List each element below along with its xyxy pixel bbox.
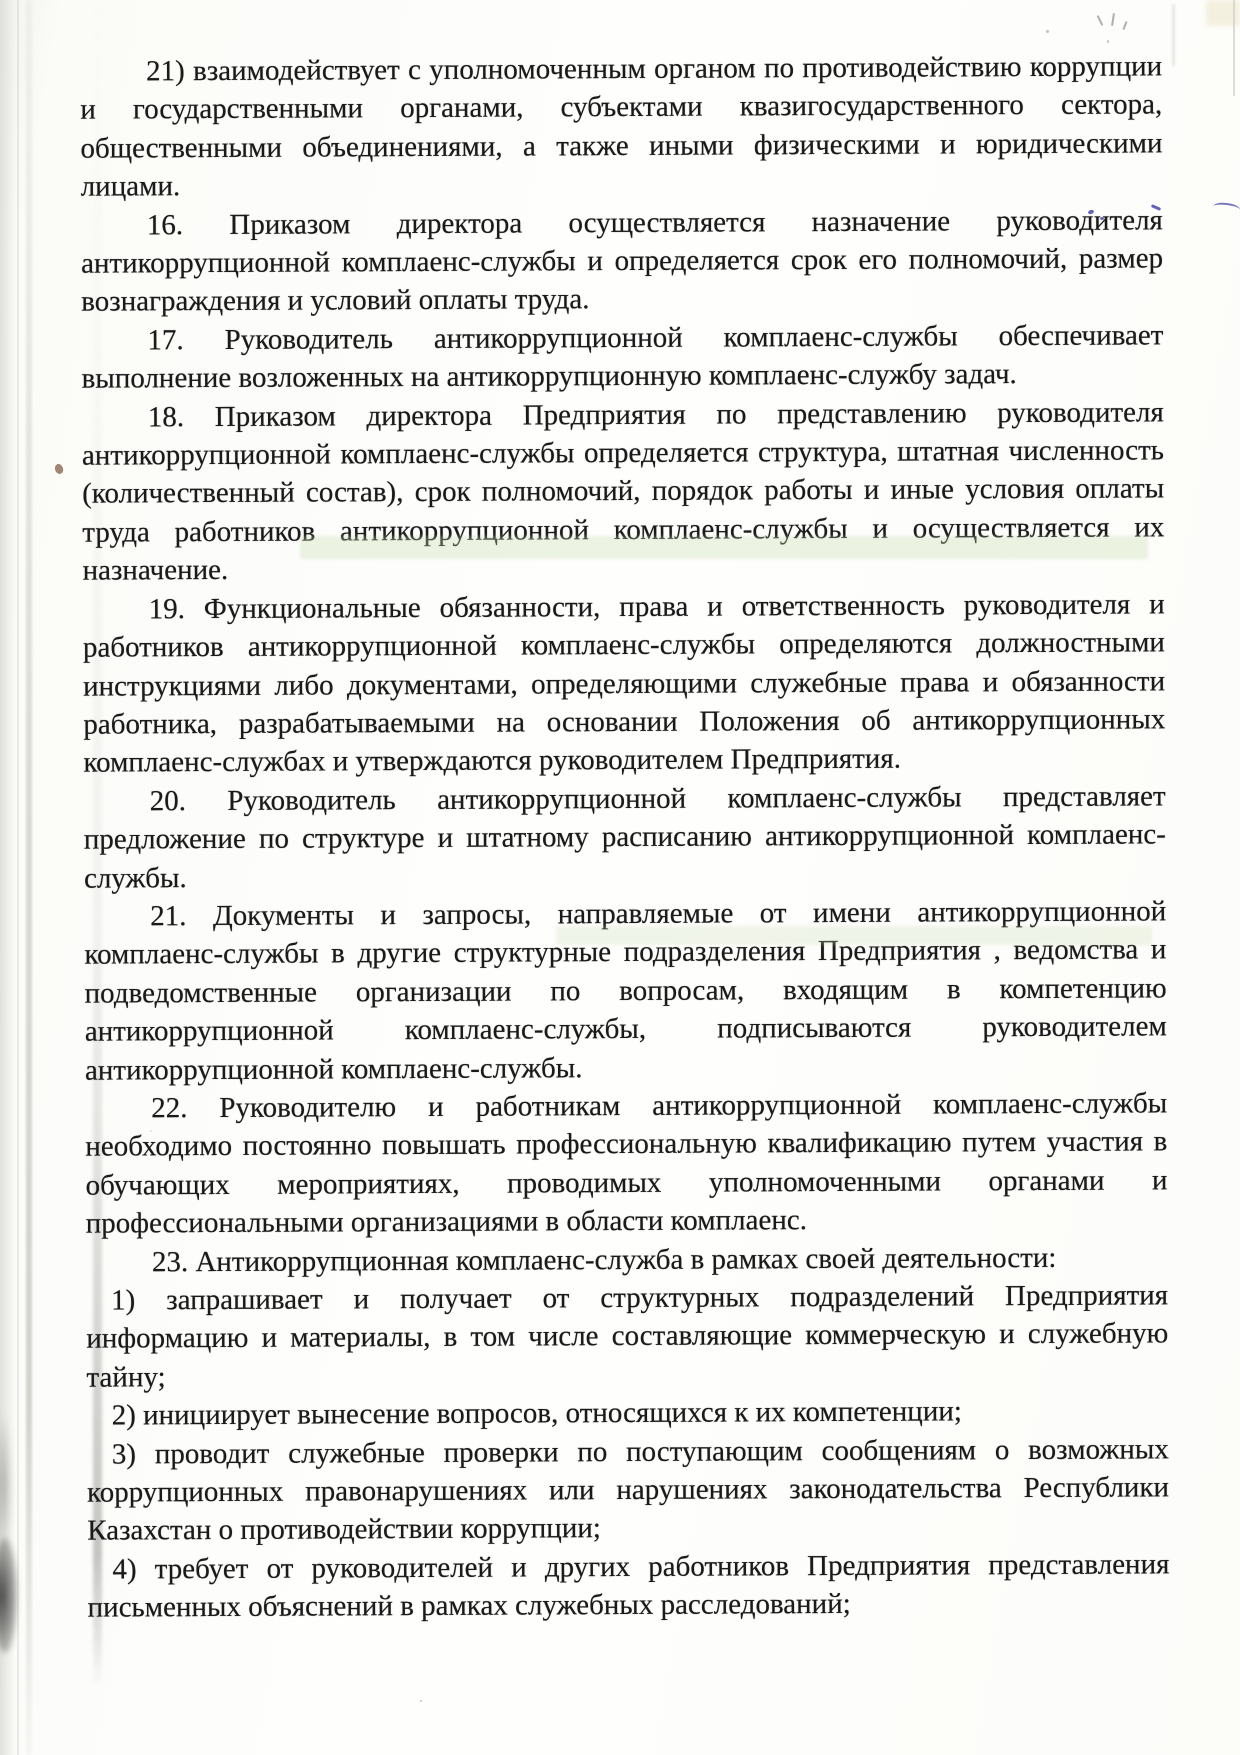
paragraph-20: 20. Руководитель антикоррупционной компл… xyxy=(84,777,1167,898)
pencil-mark xyxy=(1107,40,1109,43)
paper-fleck xyxy=(53,463,65,476)
paragraph-19: 19. Функциональные обязанности, права и … xyxy=(83,585,1166,782)
subitem-2: 2) инициирует вынесение вопросов, относя… xyxy=(87,1392,1169,1436)
pencil-mark xyxy=(1122,21,1127,30)
scanned-document-page: 21) взаимодействует с уполномоченным орг… xyxy=(0,0,1240,1755)
dust-speck xyxy=(420,1700,422,1702)
paragraph-17: 17. Руководитель антикоррупционной компл… xyxy=(81,316,1163,398)
paragraph-item-21: 21) взаимодействует с уполномоченным орг… xyxy=(80,47,1163,206)
paragraph-21: 21. Документы и запросы, направляемые от… xyxy=(84,892,1167,1089)
fold-crease-line xyxy=(26,0,32,1755)
pen-squiggle-blue xyxy=(1212,201,1240,214)
highlighter-bleed-band xyxy=(556,926,1152,945)
pencil-mark xyxy=(1097,15,1104,26)
subitem-3: 3) проводит служебные проверки по поступ… xyxy=(87,1430,1170,1551)
paragraph-23: 23. Антикоррупционная комплаенс-служба в… xyxy=(86,1238,1168,1282)
pencil-mark xyxy=(1111,13,1115,26)
paragraph-22: 22. Руководителю и работникам антикорруп… xyxy=(85,1084,1168,1243)
paragraph-16: 16. Приказом директора осуществляется на… xyxy=(81,201,1164,322)
subitem-1: 1) запрашивает и получает от структурных… xyxy=(86,1276,1169,1397)
dust-speck xyxy=(1046,30,1049,33)
fold-crease-line-thin xyxy=(17,0,19,1755)
subitem-4: 4) требует от руководителей и других раб… xyxy=(87,1545,1169,1627)
paragraph-18: 18. Приказом директора Предприятия по пр… xyxy=(82,393,1165,590)
highlighter-bleed-band xyxy=(300,536,1148,559)
document-text-block: 21) взаимодействует с уполномоченным орг… xyxy=(80,47,1170,1627)
page-edge-right xyxy=(1233,0,1235,96)
pencil-streak xyxy=(1172,4,1175,66)
